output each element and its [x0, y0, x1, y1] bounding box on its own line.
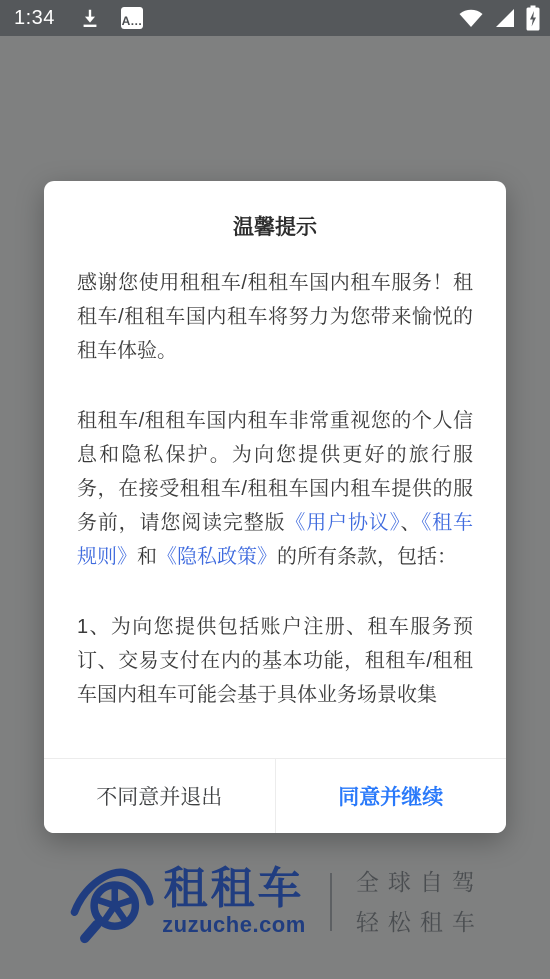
dialog-button-row: 不同意并退出 同意并继续: [44, 758, 506, 833]
brand-name: 租租车: [163, 867, 304, 911]
status-time: 1:34: [14, 7, 55, 30]
app-screen: { "status_bar": { "time": "1:34", "app_b…: [0, 0, 550, 979]
brand-block: 租租车 zuzuche.com: [162, 867, 306, 938]
status-bar: 1:34 A…: [0, 0, 550, 36]
paragraph-clause-1: 1、为向您提供包括账户注册、租车服务预订、交易支付在内的基本功能，租租车/租租车…: [77, 610, 473, 712]
privacy-consent-dialog: 温馨提示 感谢您使用租租车/租租车国内租车服务！租租车/租租车国内租车将努力为您…: [44, 181, 506, 833]
battery-charging-icon: [526, 5, 540, 31]
brand-tagline: 全球自驾 轻松租车: [356, 862, 484, 942]
zuzuche-logo-icon: [66, 855, 156, 950]
wifi-icon: [458, 6, 484, 30]
status-icons: [458, 5, 540, 31]
dialog-body-text: 感谢您使用租租车/租租车国内租车服务！租租车/租租车国内租车将努力为您带来愉悦的…: [77, 266, 473, 732]
dialog-title: 温馨提示: [44, 211, 506, 241]
brand-domain: zuzuche.com: [162, 912, 306, 938]
privacy-text-3: 和: [137, 546, 157, 568]
splash-footer: 租租车 zuzuche.com 全球自驾 轻松租车: [0, 852, 550, 952]
paragraph-thanks: 感谢您使用租租车/租租车国内租车服务！租租车/租租车国内租车将努力为您带来愉悦的…: [77, 266, 473, 368]
tagline-line-2: 轻松租车: [356, 902, 484, 942]
footer-divider: [330, 873, 332, 931]
paragraph-privacy: 租租车/租租车国内租车非常重视您的个人信息和隐私保护。为向您提供更好的旅行服务，…: [77, 404, 473, 574]
privacy-policy-link[interactable]: 《隐私政策》: [157, 546, 277, 568]
privacy-text-2: 、: [400, 512, 421, 534]
tagline-line-1: 全球自驾: [356, 862, 484, 902]
signal-icon: [493, 6, 517, 30]
autofill-a-icon: A…: [121, 7, 143, 29]
download-icon: [79, 7, 101, 29]
user-agreement-link[interactable]: 《用户协议》: [285, 512, 400, 534]
disagree-exit-button[interactable]: 不同意并退出: [44, 759, 276, 833]
agree-continue-button[interactable]: 同意并继续: [276, 759, 507, 833]
privacy-text-4: 的所有条款，包括：: [277, 546, 457, 568]
